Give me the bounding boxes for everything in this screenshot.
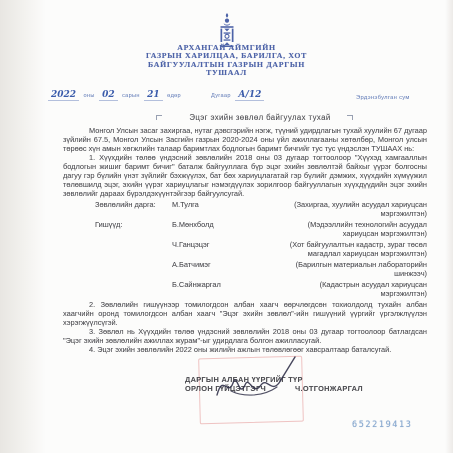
- council-member-description: (Хот байгуулалтын кадастр, зураг төсөл м…: [275, 241, 427, 258]
- council-member-name: Б.Мөнхболд: [172, 221, 254, 238]
- council-role-label: [95, 281, 172, 298]
- title-corner-mark-right: [347, 115, 353, 120]
- council-member-description: (Мэдээллийн технологийн асуудал хариуцса…: [275, 221, 427, 238]
- location-label: Эрдэнэбулган сум: [356, 95, 410, 101]
- council-list: Зөвлөлийн дарга: М.Тулга (Захиргаа, хуул…: [63, 201, 427, 298]
- council-member-description: (Кадастрын асуудал хариуцсан мэргэжилтэн…: [275, 281, 427, 298]
- date-year-handwritten: 2022: [48, 90, 79, 101]
- document-type-label: ТУШААЛ: [0, 69, 453, 77]
- decree-number-handwritten: А/12: [235, 90, 264, 101]
- date-year-label: оны: [84, 93, 95, 99]
- document-title: Эцэг эхийн зөвлөл байгуулах тухай: [120, 113, 400, 122]
- resolution-item-3: 3. Зөвлөл нь Хүүхдийн төлөө үндэсний зөв…: [63, 327, 427, 345]
- council-member-name: Ч.Ганцэцэг: [172, 241, 254, 258]
- signature-ink: [211, 351, 301, 405]
- council-role-label: Гишүүд:: [95, 221, 172, 238]
- council-row: Зөвлөлийн дарга: М.Тулга (Захиргаа, хуул…: [63, 201, 427, 218]
- resolution-item-1: 1. Хүүхдийн төлөө үндэсний зөвлөлийн 201…: [63, 153, 427, 198]
- document-body: Монгол Улсын засаг захиргаа, нутаг дэвсг…: [63, 126, 427, 417]
- council-member-description: (Барилгын материалын лабораторийн шинжээ…: [275, 261, 427, 278]
- date-month-label: сарын: [122, 93, 140, 99]
- council-member-description: (Захиргаа, хуулийн асуудал хариуцсан мэр…: [275, 201, 427, 218]
- council-member-name: Б.Сайнжаргал: [172, 281, 254, 298]
- council-role-label: Зөвлөлийн дарга:: [95, 201, 172, 218]
- council-row: А.Батчимэг (Барилгын материалын лаборато…: [63, 261, 427, 278]
- registration-number-stamp: 652219413: [352, 420, 412, 430]
- council-role-label: [95, 241, 172, 258]
- soyombo-emblem-icon: [218, 13, 236, 47]
- council-member-name: А.Батчимэг: [172, 261, 254, 278]
- date-month-handwritten: 02: [99, 90, 118, 101]
- signatory-name: Ч.ОТГОНЖАРГАЛ: [295, 384, 363, 393]
- intro-paragraph: Монгол Улсын засаг захиргаа, нутаг дэвсг…: [63, 126, 427, 153]
- location-group: Эрдэнэбулган сум: [356, 86, 410, 104]
- date-day-handwritten: 21: [144, 90, 163, 101]
- council-row: Б.Сайнжаргал (Кадастрын асуудал хариуцса…: [63, 281, 427, 298]
- council-row: Гишүүд: Б.Мөнхболд (Мэдээллийн технологи…: [63, 221, 427, 238]
- dateline: 2022 оны 02 сарын 21 өдөр Дугаар А/12 Эр…: [0, 84, 453, 100]
- council-row: Ч.Ганцэцэг (Хот байгуулалтын кадастр, зу…: [63, 241, 427, 258]
- council-role-label: [95, 261, 172, 278]
- council-member-name: М.Тулга: [172, 201, 254, 218]
- date-group: 2022 оны 02 сарын 21 өдөр: [48, 84, 181, 102]
- organization-header: АРХАНГАЙ АЙМГИЙН ГАЗРЫН ХАРИЛЦАА, БАРИЛГ…: [0, 44, 453, 77]
- date-day-label: өдөр: [167, 93, 181, 99]
- scanned-decree-document: АРХАНГАЙ АЙМГИЙН ГАЗРЫН ХАРИЛЦАА, БАРИЛГ…: [0, 0, 453, 453]
- title-row: Эцэг эхийн зөвлөл байгуулах тухай: [0, 113, 453, 125]
- resolution-item-2: 2. Зөвлөлийн гишүүнээр томилогдсон албан…: [63, 300, 427, 327]
- decree-number-label: Дугаар: [211, 93, 231, 99]
- decree-number-group: Дугаар А/12: [211, 84, 264, 102]
- signature-block: ДАРГЫН АЛБАН ҮҮРГИЙГ ТҮР ОРЛОН ГҮЙЦЭТГЭГ…: [63, 367, 427, 417]
